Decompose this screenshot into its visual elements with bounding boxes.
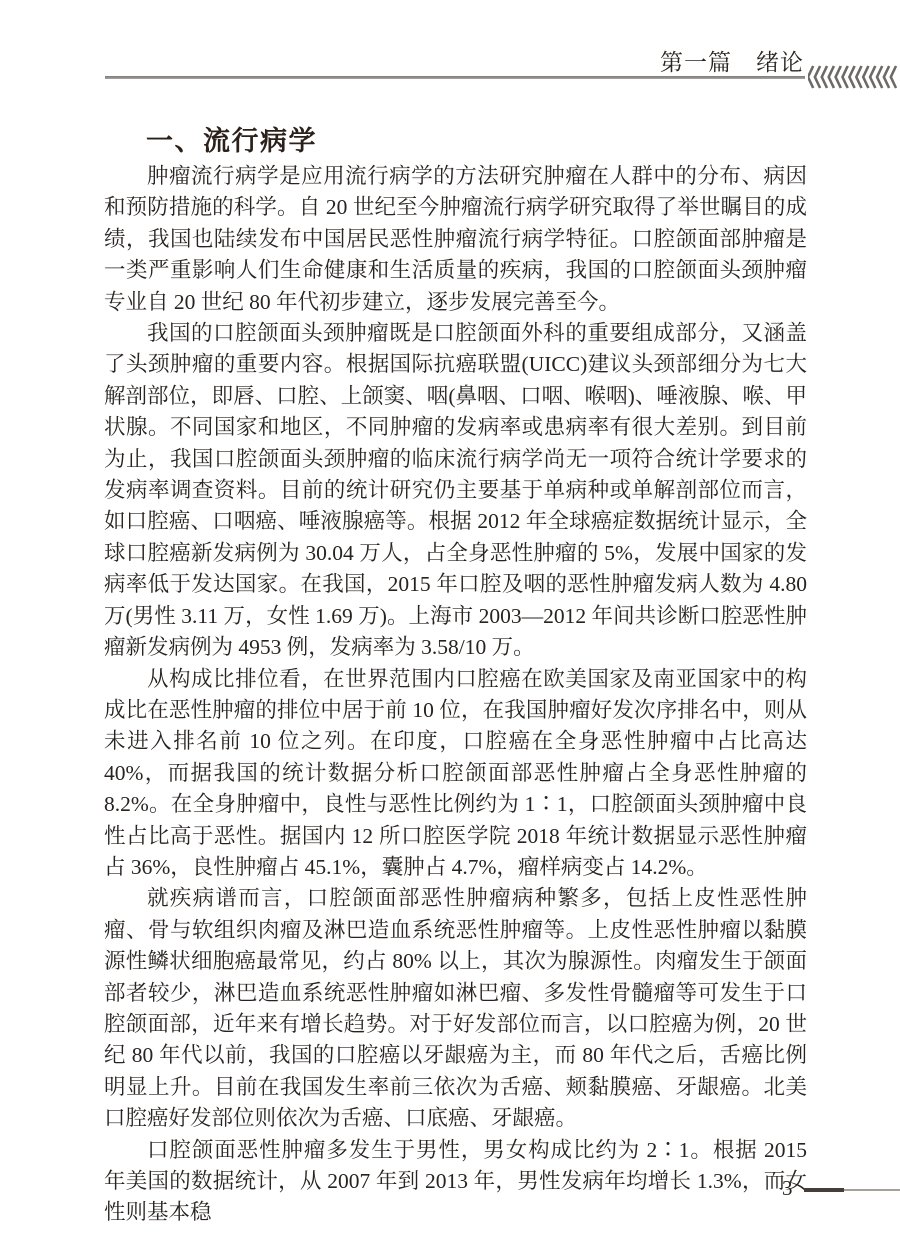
footer-rule-thin-segment xyxy=(844,1189,900,1191)
body-paragraph: 我国的口腔颌面头颈肿瘤既是口腔颌面外科的重要组成部分，又涵盖了头颈肿瘤的重要内容… xyxy=(104,318,807,663)
body-paragraph: 就疾病谱而言，口腔颌面部恶性肿瘤病种繁多，包括上皮性恶性肿瘤、骨与软组织肉瘤及淋… xyxy=(104,883,807,1134)
body-paragraph: 从构成比排位看，在世界范围内口腔癌在欧美国家及南亚国家中的构成比在恶性肿瘤的排位… xyxy=(104,664,807,884)
section-heading: 一、流行病学 xyxy=(146,119,317,158)
chevron-decoration-icon xyxy=(808,64,898,90)
body-paragraph: 肿瘤流行病学是应用流行病学的方法研究肿瘤在人群中的分布、病因和预防措施的科学。自… xyxy=(104,161,807,318)
page-number: 3 xyxy=(782,1176,793,1201)
header-rule xyxy=(105,76,805,79)
body-paragraph: 口腔颌面恶性肿瘤多发生于男性，男女构成比约为 2∶1。根据 2015 年美国的数… xyxy=(104,1135,807,1229)
book-page: 第一篇 绪论 一、流行病学 肿瘤流行病学是应用流行病学的方法研究肿瘤在人群中的分… xyxy=(0,0,900,1245)
footer-rule-thick-segment xyxy=(804,1188,844,1192)
body-paragraphs: 肿瘤流行病学是应用流行病学的方法研究肿瘤在人群中的分布、病因和预防措施的科学。自… xyxy=(104,161,807,1229)
running-header-part-title: 第一篇 绪论 xyxy=(660,44,804,77)
footer-rule xyxy=(804,1187,900,1193)
